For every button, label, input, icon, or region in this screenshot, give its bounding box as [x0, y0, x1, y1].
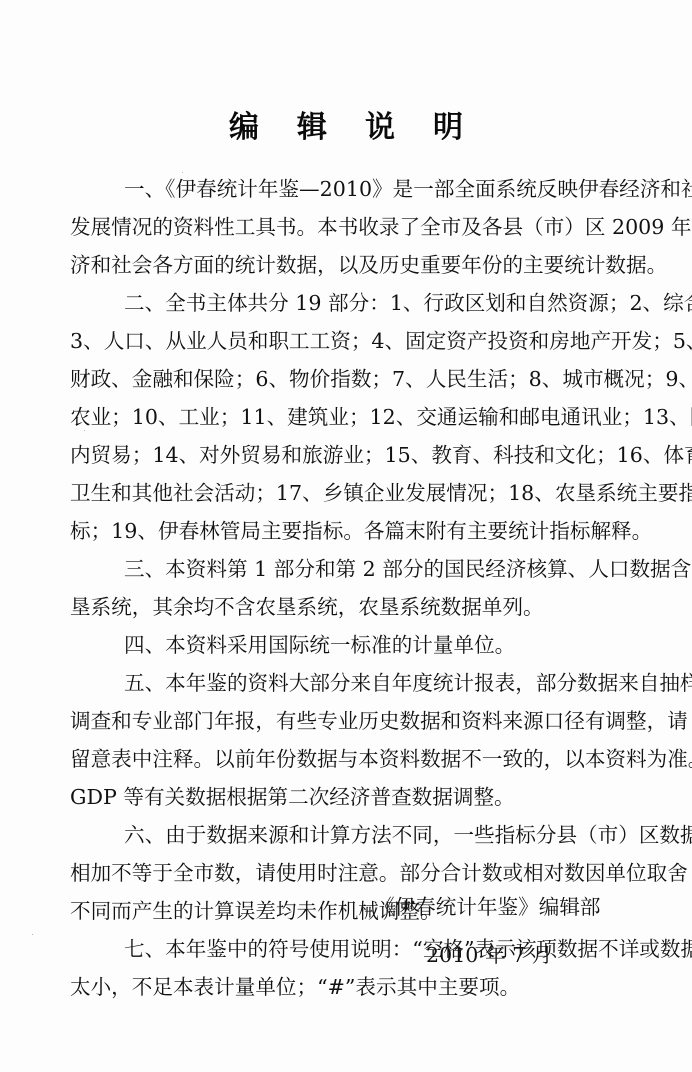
paragraph-line: 调查和专业部门年报，有些专业历史数据和资料来源口径有调整，请: [70, 702, 632, 740]
paragraph-line: GDP 等有关数据根据第二次经济普查数据调整。: [70, 778, 632, 816]
scan-speck: [84, 430, 85, 431]
signature: 《伊春统计年鉴》编辑部: [374, 888, 601, 926]
paragraph-line: 3、人口、从业人员和职工工资；4、固定资产投资和房地产开发；5、: [70, 322, 632, 360]
paragraph-line: 财政、金融和保险；6、物价指数；7、人民生活；8、城市概况；9、: [70, 360, 632, 398]
paragraph-4: 四、本资料采用国际统一标准的计量单位。: [70, 626, 632, 664]
paragraph-line: 五、本年鉴的资料大部分来自年度统计报表，部分数据来自抽样: [70, 664, 632, 702]
paragraph-line: 留意表中注释。以前年份数据与本资料数据不一致的，以本资料为准。: [70, 740, 632, 778]
paragraph-line: 发展情况的资料性工具书。本书收录了全市及各县（市）区 2009 年经: [70, 208, 632, 246]
document-body: 一、《伊春统计年鉴—2010》是一部全面系统反映伊春经济和社会 发展情况的资料性…: [70, 170, 632, 1006]
paragraph-3: 三、本资料第 1 部分和第 2 部分的国民经济核算、人口数据含农 垦系统，其余均…: [70, 550, 632, 626]
paragraph-2: 二、全书主体共分 19 部分：1、行政区划和自然资源；2、综合； 3、人口、从业…: [70, 284, 632, 550]
paragraph-line: 三、本资料第 1 部分和第 2 部分的国民经济核算、人口数据含农: [70, 550, 632, 588]
date: 2010 年 7 月: [426, 936, 552, 974]
paragraph-line: 农业；10、工业；11、建筑业；12、交通运输和邮电通讯业；13、国: [70, 398, 632, 436]
paragraph-line: 相加不等于全市数，请使用时注意。部分合计数或相对数因单位取舍: [70, 854, 632, 892]
paragraph-line: 垦系统，其余均不含农垦系统，农垦系统数据单列。: [70, 588, 632, 626]
paragraph-5: 五、本年鉴的资料大部分来自年度统计报表，部分数据来自抽样 调查和专业部门年报，有…: [70, 664, 632, 816]
scan-speck: [32, 934, 33, 935]
paragraph-line: 二、全书主体共分 19 部分：1、行政区划和自然资源；2、综合；: [70, 284, 632, 322]
paragraph-1: 一、《伊春统计年鉴—2010》是一部全面系统反映伊春经济和社会 发展情况的资料性…: [70, 170, 632, 284]
paragraph-line: 内贸易；14、对外贸易和旅游业；15、教育、科技和文化；16、体育、: [70, 436, 632, 474]
paragraph-line: 卫生和其他社会活动；17、乡镇企业发展情况；18、农垦系统主要指: [70, 474, 632, 512]
paragraph-line: 标；19、伊春林管局主要指标。各篇末附有主要统计指标解释。: [70, 512, 632, 550]
paragraph-line: 四、本资料采用国际统一标准的计量单位。: [70, 626, 632, 664]
paragraph-line: 六、由于数据来源和计算方法不同，一些指标分县（市）区数据: [70, 816, 632, 854]
paragraph-line: 一、《伊春统计年鉴—2010》是一部全面系统反映伊春经济和社会: [70, 170, 632, 208]
scan-speck: [182, 172, 183, 173]
paragraph-line: 济和社会各方面的统计数据，以及历史重要年份的主要统计数据。: [70, 246, 632, 284]
document-page: 编辑说明 一、《伊春统计年鉴—2010》是一部全面系统反映伊春经济和社会 发展情…: [0, 0, 692, 1072]
page-title: 编辑说明: [0, 108, 692, 148]
